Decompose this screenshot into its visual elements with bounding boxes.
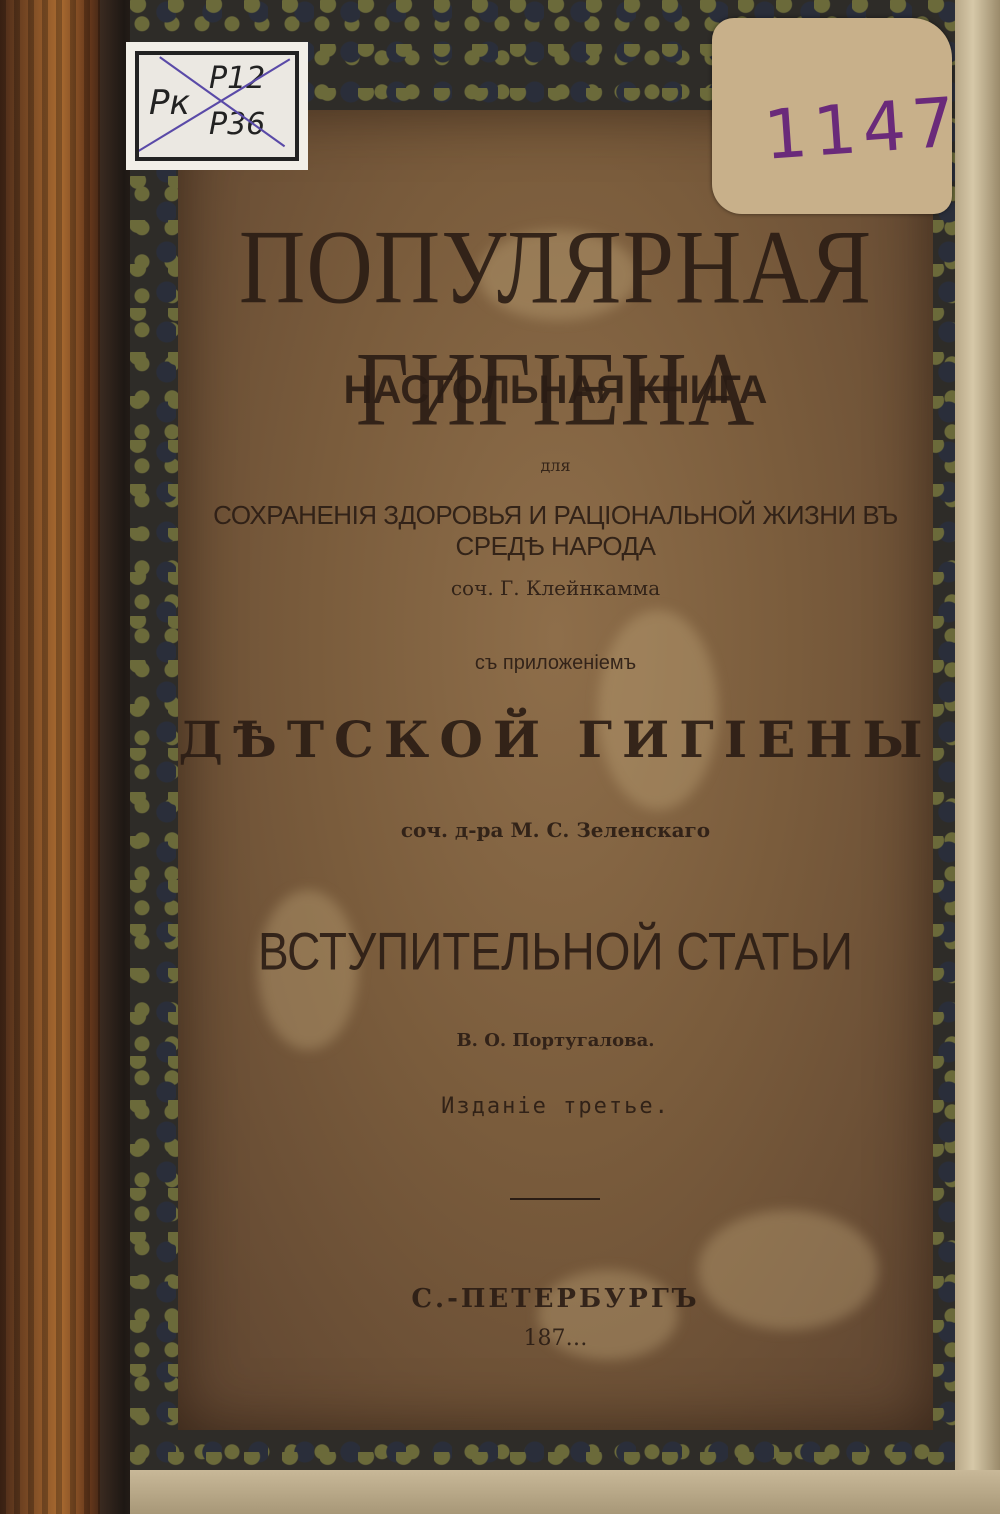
book-cover: Рк Р12 Р36 1147 ПОПУЛЯРНАЯ ГИГІЕНА НАСТО… — [0, 0, 1000, 1514]
paper-inventory-tag: 1147 — [712, 18, 952, 214]
author-line: соч. Г. Клейнкамма — [178, 576, 933, 600]
library-shelf-label: Рк Р12 Р36 — [126, 42, 308, 170]
bottom-edge — [130, 1470, 1000, 1514]
article-author: В. О. Португалова. — [178, 1030, 933, 1051]
appendix-intro: съ приложеніемъ — [178, 652, 933, 675]
book-spine — [0, 0, 110, 1514]
purpose-line: СОХРАНЕНІЯ ЗДОРОВЬЯ И РАЦІОНАЛЬНОЙ ЖИЗНИ… — [178, 500, 933, 562]
for-label: для — [178, 456, 933, 475]
publication-city: С.-ПЕТЕРБУРГЪ — [178, 1284, 933, 1314]
publication-year: 187… — [178, 1326, 933, 1351]
inventory-number: 1147 — [761, 83, 963, 176]
divider-rule — [510, 1198, 600, 1200]
book-subtitle: НАСТОЛЬНАЯ КНИГА — [178, 368, 933, 413]
appendix-title: ДѢТСКОЙ ГИГІЕНЫ — [178, 710, 933, 769]
book-title: ПОПУЛЯРНАЯ ГИГІЕНА — [178, 206, 933, 450]
article-title: ВСТУПИТЕЛЬНОЙ СТАТЬИ — [178, 920, 933, 982]
appendix-author: соч. д-ра М. С. Зеленскаго — [178, 818, 933, 842]
cross-out-mark-icon — [139, 55, 295, 157]
fore-edge — [955, 0, 1000, 1514]
edition-label: Изданіе третье. — [178, 1094, 933, 1119]
